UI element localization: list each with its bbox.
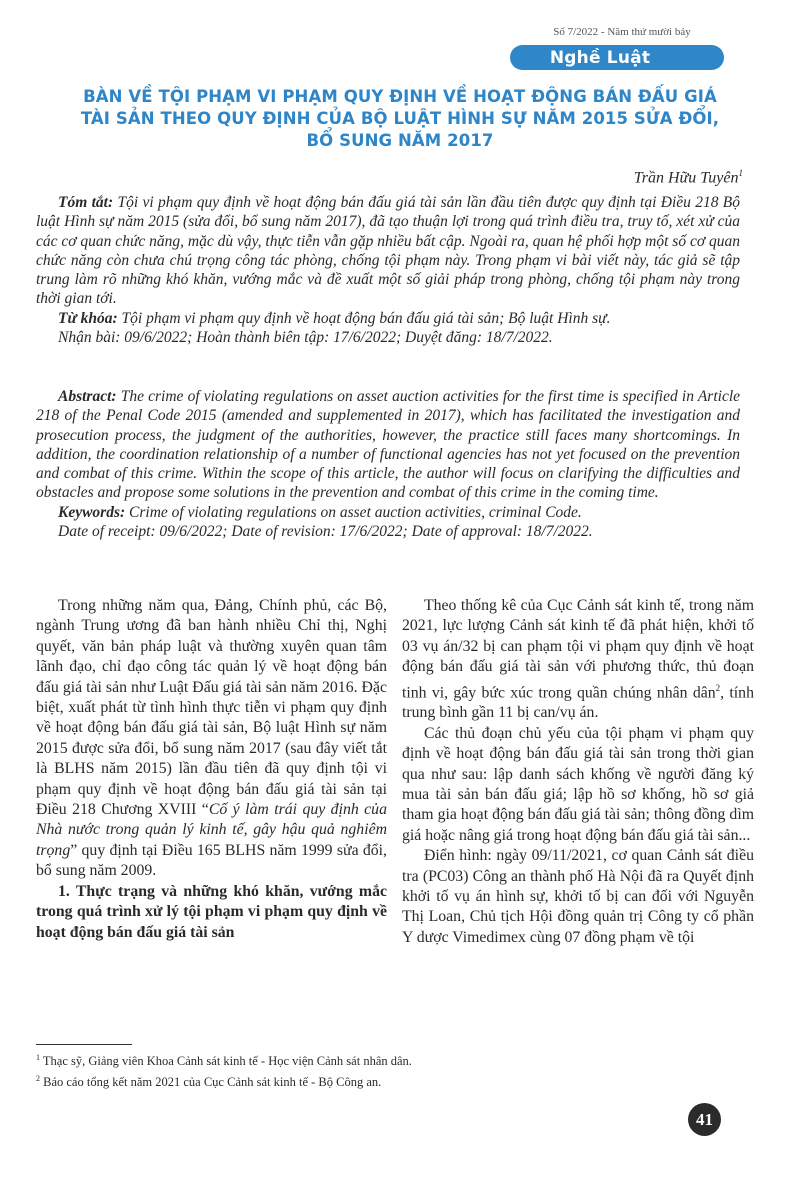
author-name: Trần Hữu Tuyên xyxy=(634,169,739,186)
abstract-label: Abstract: xyxy=(58,388,117,405)
body-column-right: Theo thống kê của Cục Cảnh sát kinh tế, … xyxy=(402,596,754,948)
keywords-label: Từ khóa: xyxy=(58,310,118,327)
summary-vietnamese: Tóm tắt: Tội vi phạm quy định về hoạt độ… xyxy=(36,193,740,347)
body-text: Theo thống kê của Cục Cảnh sát kinh tế, … xyxy=(402,597,754,701)
keywords-label-en: Keywords: xyxy=(58,504,125,521)
keywords-paragraph-en: Keywords: Crime of violating regulations… xyxy=(36,503,740,522)
footnote: 2 Báo cáo tổng kết năm 2021 của Cục Cảnh… xyxy=(36,1070,736,1091)
summary-text: Tội vi phạm quy định về hoạt động bán đấ… xyxy=(36,194,740,307)
footnote-text: Thạc sỹ, Giảng viên Khoa Cảnh sát kinh t… xyxy=(43,1054,412,1068)
author: Trần Hữu Tuyên1 xyxy=(634,168,743,187)
section-badge: Nghề Luật xyxy=(510,45,724,70)
body-paragraph: Các thủ đoạn chủ yếu của tội phạm vi phạ… xyxy=(402,724,754,846)
keywords-text: Tội phạm vi phạm quy định về hoạt động b… xyxy=(122,310,611,327)
footnote-number: 2 xyxy=(36,1074,40,1083)
footnote-number: 1 xyxy=(36,1053,40,1062)
abstract-english: Abstract: The crime of violating regulat… xyxy=(36,387,740,541)
footnotes: 1 Thạc sỹ, Giảng viên Khoa Cảnh sát kinh… xyxy=(36,1049,736,1091)
body-paragraph: Điển hình: ngày 09/11/2021, cơ quan Cảnh… xyxy=(402,846,754,948)
body-text: ” quy định tại Điều 165 BLHS năm 1999 sử… xyxy=(36,842,387,879)
body-text: Trong những năm qua, Đảng, Chính phủ, cá… xyxy=(36,597,387,818)
title-line: tài sản theo quy định của Bộ luật Hình s… xyxy=(40,108,760,130)
keywords-paragraph: Từ khóa: Tội phạm vi phạm quy định về ho… xyxy=(36,309,740,328)
page-number: 41 xyxy=(688,1103,721,1136)
issue-info: Số 7/2022 - Năm thứ mười bảy xyxy=(532,26,712,38)
body-paragraph: Theo thống kê của Cục Cảnh sát kinh tế, … xyxy=(402,596,754,724)
abstract-paragraph: Abstract: The crime of violating regulat… xyxy=(36,387,740,503)
dates-paragraph-en: Date of receipt: 09/6/2022; Date of revi… xyxy=(36,522,740,541)
article-title: Bàn về tội phạm vi phạm quy định về hoạt… xyxy=(40,86,760,152)
keywords-text-en: Crime of violating regulations on asset … xyxy=(129,504,582,521)
author-footnote-ref[interactable]: 1 xyxy=(739,168,744,178)
title-line: bổ sung năm 2017 xyxy=(40,130,760,152)
footnote: 1 Thạc sỹ, Giảng viên Khoa Cảnh sát kinh… xyxy=(36,1049,736,1070)
dates-paragraph: Nhận bài: 09/6/2022; Hoàn thành biên tập… xyxy=(36,328,740,347)
title-line: Bàn về tội phạm vi phạm quy định về hoạt… xyxy=(40,86,760,108)
body-paragraph: Trong những năm qua, Đảng, Chính phủ, cá… xyxy=(36,596,387,882)
summary-paragraph: Tóm tắt: Tội vi phạm quy định về hoạt độ… xyxy=(36,193,740,309)
footnote-divider xyxy=(36,1044,132,1045)
section-heading: 1. Thực trạng và những khó khăn, vướng m… xyxy=(36,882,387,943)
abstract-text: The crime of violating regulations on as… xyxy=(36,388,740,501)
summary-label: Tóm tắt: xyxy=(58,194,113,211)
footnote-text: Báo cáo tổng kết năm 2021 của Cục Cảnh s… xyxy=(43,1075,381,1089)
body-column-left: Trong những năm qua, Đảng, Chính phủ, cá… xyxy=(36,596,387,943)
section-label: Nghề Luật xyxy=(550,48,650,68)
